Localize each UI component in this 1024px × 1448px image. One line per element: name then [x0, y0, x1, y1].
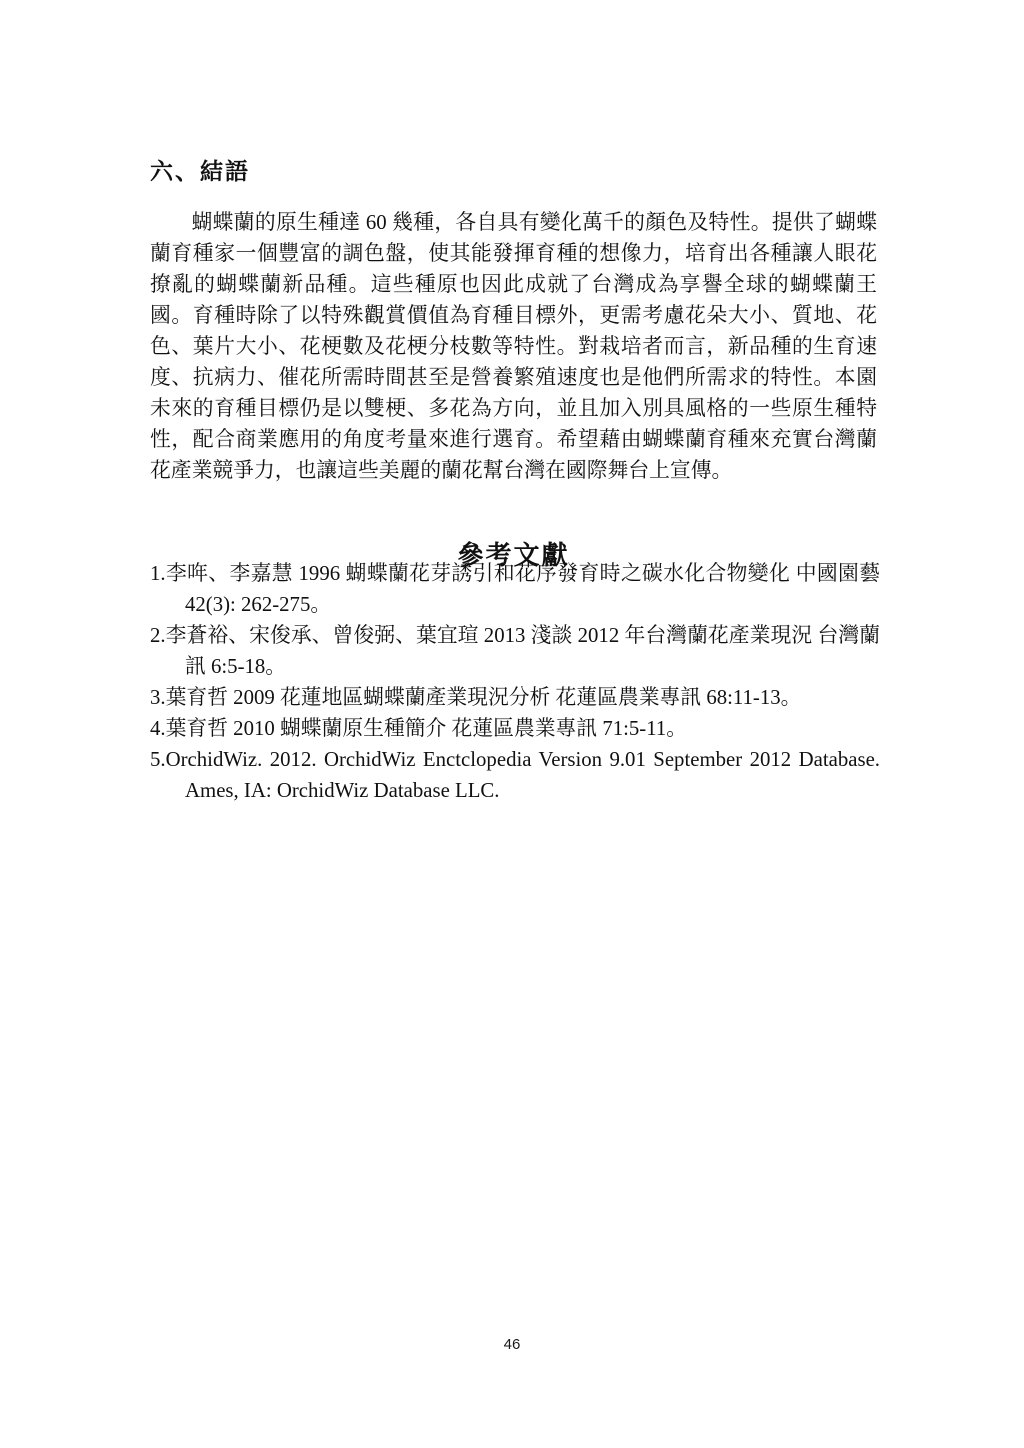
- conclusion-paragraph: 蝴蝶蘭的原生種達 60 幾種，各自具有變化萬千的顏色及特性。提供了蝴蝶蘭育種家一…: [150, 207, 877, 486]
- references-list: 1.李哖、李嘉慧 1996 蝴蝶蘭花芽誘引和花序發育時之碳水化合物變化 中國園藝…: [150, 558, 880, 806]
- reference-item: 4.葉育哲 2010 蝴蝶蘭原生種簡介 花蓮區農業專訊 71:5-11。: [150, 713, 880, 744]
- section-title: 六、結語: [150, 153, 250, 186]
- page-number: 46: [0, 1336, 1024, 1353]
- reference-item: 3.葉育哲 2009 花蓮地區蝴蝶蘭產業現況分析 花蓮區農業專訊 68:11-1…: [150, 682, 880, 713]
- reference-item: 1.李哖、李嘉慧 1996 蝴蝶蘭花芽誘引和花序發育時之碳水化合物變化 中國園藝…: [150, 558, 880, 620]
- document-page: 六、結語 蝴蝶蘭的原生種達 60 幾種，各自具有變化萬千的顏色及特性。提供了蝴蝶…: [0, 0, 1024, 1448]
- reference-item: 2.李蒼裕、宋俊承、曾俊弼、葉宜瑄 2013 淺談 2012 年台灣蘭花產業現況…: [150, 620, 880, 682]
- reference-item: 5.OrchidWiz. 2012. OrchidWiz Enctclopedi…: [150, 744, 880, 806]
